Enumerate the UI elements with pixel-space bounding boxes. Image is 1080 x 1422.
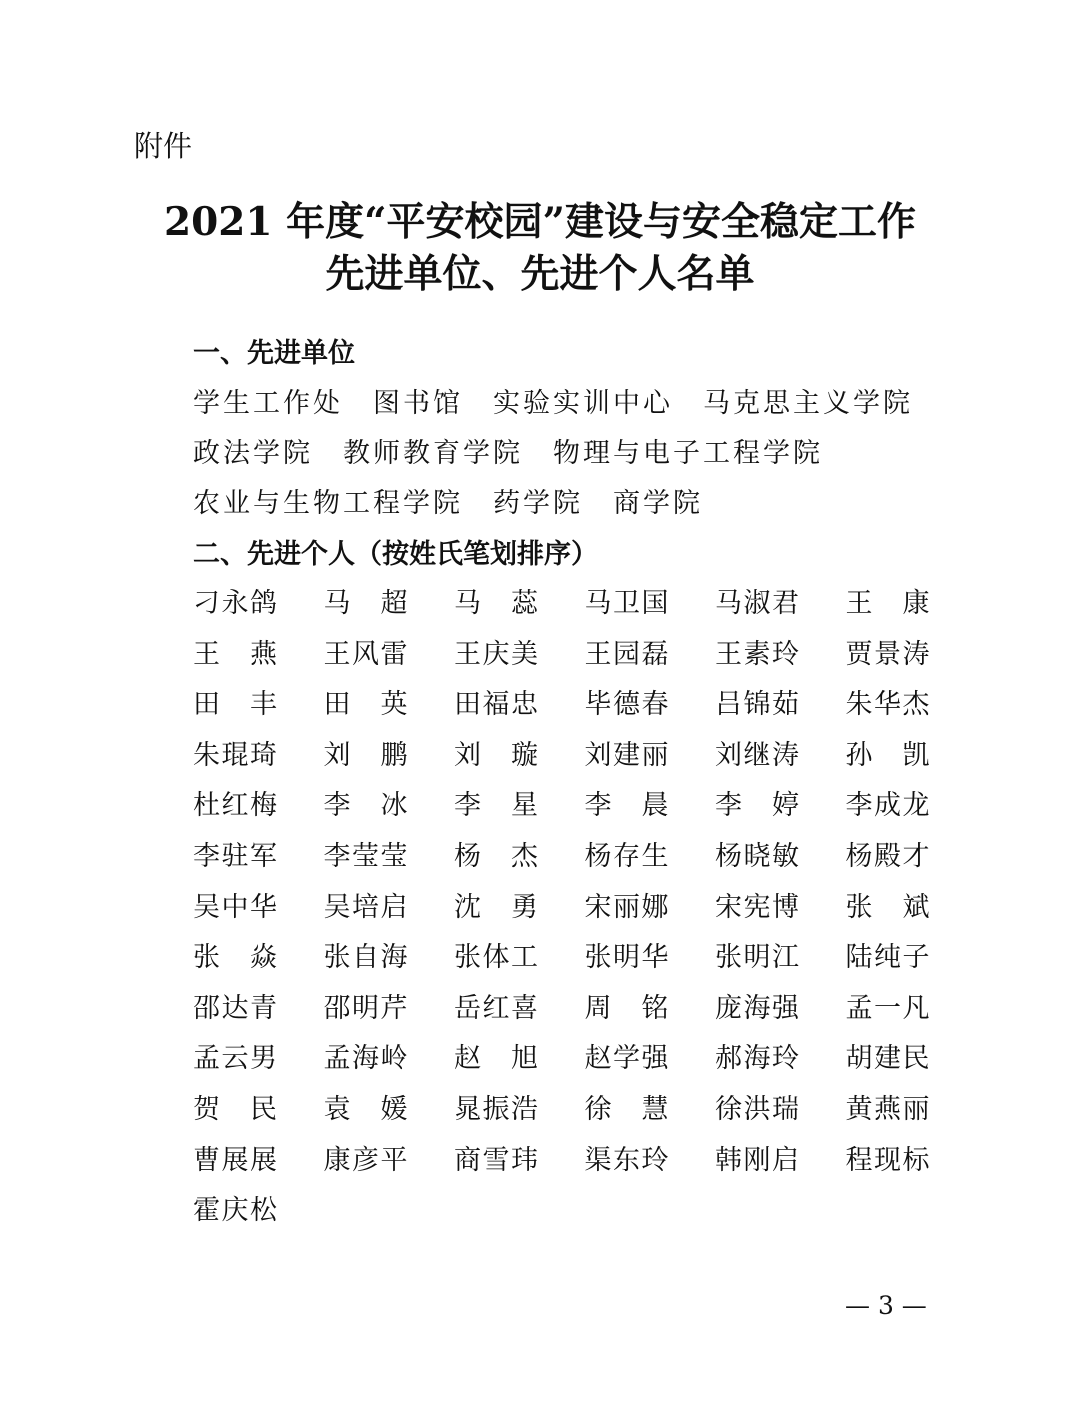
unit-line-1: 学生工作处 图书馆 实验实训中心 马克思主义学院 <box>193 386 943 422</box>
unit-item: 学生工作处 <box>193 386 343 422</box>
individual-name: 贾景涛 <box>846 637 930 688</box>
individual-name: 马淑君 <box>715 586 799 637</box>
individual-name: 朱琨琦 <box>193 738 277 789</box>
individual-name: 张明江 <box>715 940 799 991</box>
individual-name: 孟云男 <box>193 1041 277 1092</box>
individual-name: 渠东玲 <box>585 1143 669 1194</box>
individual-name: 徐慧 <box>585 1092 669 1143</box>
title-line-1: 2021 年度“平安校园”建设与安全稳定工作 <box>0 196 1080 248</box>
unit-item: 图书馆 <box>373 386 463 422</box>
unit-item: 农业与生物工程学院 <box>193 486 463 522</box>
individual-name: 田福忠 <box>454 687 538 738</box>
individual-name: 孟海岭 <box>324 1041 408 1092</box>
unit-item: 物理与电子工程学院 <box>553 436 823 472</box>
individual-name: 杨杰 <box>454 839 538 890</box>
individual-name: 康彦平 <box>324 1143 408 1194</box>
individual-name: 田英 <box>324 687 408 738</box>
individual-name: 张焱 <box>193 940 277 991</box>
unit-line-2: 政法学院 教师教育学院 物理与电子工程学院 <box>193 436 853 472</box>
individual-name: 宋宪博 <box>715 890 799 941</box>
individual-name: 李驻军 <box>193 839 277 890</box>
unit-item: 药学院 <box>493 486 583 522</box>
individual-name: 吴培启 <box>324 890 408 941</box>
individual-name: 沈勇 <box>454 890 538 941</box>
individual-name: 赵学强 <box>585 1041 669 1092</box>
individual-name: 王庆美 <box>454 637 538 688</box>
individual-name: 刘继涛 <box>715 738 799 789</box>
individual-name: 李晨 <box>585 788 669 839</box>
individual-name: 田丰 <box>193 687 277 738</box>
unit-item: 教师教育学院 <box>343 436 523 472</box>
individual-name: 李莹莹 <box>324 839 408 890</box>
attachment-label: 附件 <box>134 128 192 164</box>
document-title: 2021 年度“平安校园”建设与安全稳定工作 先进单位、先进个人名单 <box>0 196 1080 300</box>
individual-name: 李冰 <box>324 788 408 839</box>
title-line-2: 先进单位、先进个人名单 <box>0 248 1080 300</box>
unit-item: 马克思主义学院 <box>703 386 913 422</box>
individual-name: 杨殿才 <box>846 839 930 890</box>
individual-name: 刁永鸽 <box>193 586 277 637</box>
individual-name: 徐洪瑞 <box>715 1092 799 1143</box>
individual-name: 李星 <box>454 788 538 839</box>
individual-name: 吕锦茹 <box>715 687 799 738</box>
individual-name: 杨晓敏 <box>715 839 799 890</box>
individual-name: 刘建丽 <box>585 738 669 789</box>
section-heading-units: 一、先进单位 <box>193 336 355 372</box>
unit-line-3: 农业与生物工程学院 药学院 商学院 <box>193 486 733 522</box>
individual-name: 王素玲 <box>715 637 799 688</box>
individual-name: 宋丽娜 <box>585 890 669 941</box>
individual-name: 赵旭 <box>454 1041 538 1092</box>
individual-name: 马超 <box>324 586 408 637</box>
individual-name: 刘鹏 <box>324 738 408 789</box>
individual-name: 王风雷 <box>324 637 408 688</box>
individual-name: 毕德春 <box>585 687 669 738</box>
individual-name: 吴中华 <box>193 890 277 941</box>
individual-name: 邵达青 <box>193 991 277 1042</box>
individual-name: 张自海 <box>324 940 408 991</box>
individual-name: 岳红喜 <box>454 991 538 1042</box>
individual-name: 曹展展 <box>193 1143 277 1194</box>
individual-name: 韩刚启 <box>715 1143 799 1194</box>
individual-name: 邵明芹 <box>324 991 408 1042</box>
individual-name: 贺民 <box>193 1092 277 1143</box>
individual-name: 孙凯 <box>846 738 930 789</box>
individual-name: 刘璇 <box>454 738 538 789</box>
unit-item: 商学院 <box>613 486 703 522</box>
individual-name: 张明华 <box>585 940 669 991</box>
individual-name: 周铭 <box>585 991 669 1042</box>
individual-name: 晁振浩 <box>454 1092 538 1143</box>
unit-item: 政法学院 <box>193 436 313 472</box>
individual-name: 孟一凡 <box>846 991 930 1042</box>
individuals-name-grid: 刁永鸽马超马蕊马卫国马淑君王康王燕王风雷王庆美王园磊王素玲贾景涛田丰田英田福忠毕… <box>193 586 938 1244</box>
individual-name: 黄燕丽 <box>846 1092 930 1143</box>
individual-name: 李成龙 <box>846 788 930 839</box>
individual-name: 张体工 <box>454 940 538 991</box>
section-heading-individuals: 二、先进个人（按姓氏笔划排序） <box>193 537 598 573</box>
individual-name: 朱华杰 <box>846 687 930 738</box>
individual-name: 袁媛 <box>324 1092 408 1143</box>
individual-name: 王园磊 <box>585 637 669 688</box>
page-number: — 3 — <box>845 1290 927 1322</box>
individual-name: 程现标 <box>846 1143 930 1194</box>
individual-name: 陆纯子 <box>846 940 930 991</box>
individual-name: 商雪玮 <box>454 1143 538 1194</box>
individual-name: 马卫国 <box>585 586 669 637</box>
individual-name: 马蕊 <box>454 586 538 637</box>
individual-name: 杨存生 <box>585 839 669 890</box>
unit-item: 实验实训中心 <box>493 386 673 422</box>
individual-name: 张斌 <box>846 890 930 941</box>
individual-name: 庞海强 <box>715 991 799 1042</box>
individual-name: 王康 <box>846 586 930 637</box>
individual-name: 胡建民 <box>846 1041 930 1092</box>
individual-name: 霍庆松 <box>193 1193 277 1244</box>
individual-name: 王燕 <box>193 637 277 688</box>
individual-name: 郝海玲 <box>715 1041 799 1092</box>
individual-name: 杜红梅 <box>193 788 277 839</box>
individual-name: 李婷 <box>715 788 799 839</box>
